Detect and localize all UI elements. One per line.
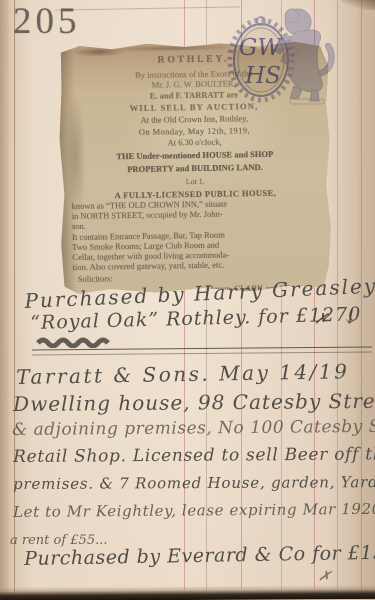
handwritten-entry-line7: a rent of £55... (10, 533, 108, 548)
lion-rampant-icon (274, 9, 334, 104)
watermark-letters-bottom: HS (244, 63, 281, 89)
handwritten-entry-line2: Dwelling house, 98 Catesby Street (13, 389, 375, 416)
clipping-line: THE Under-mentioned HOUSE and SHOP (68, 148, 322, 162)
page-bottom-edge (0, 585, 375, 600)
handwritten-entry-line3: & adjoining premises, No 100 Catesby St. (12, 417, 375, 440)
watermark-letters-top: GW (239, 35, 283, 61)
handwritten-entry-line6: Let to Mr Keightley, lease expiring Mar … (13, 500, 375, 521)
handwritten-entry-line4: Retail Shop. Licensed to sell Beer off t… (13, 444, 375, 467)
page-number: 205 (13, 0, 81, 43)
x-mark: ✗ (317, 566, 333, 586)
scribbled-out-text (36, 336, 116, 348)
x-mark: ✗ (313, 308, 329, 329)
handwritten-entry-line5: premises. & 7 Roomed House, garden, Yard… (13, 473, 375, 493)
page-corner-shadow (341, 0, 375, 10)
society-watermark-logo: GW HS (224, 0, 346, 108)
clipping-line: PROPERTY and BUILDING LAND. (68, 161, 322, 175)
